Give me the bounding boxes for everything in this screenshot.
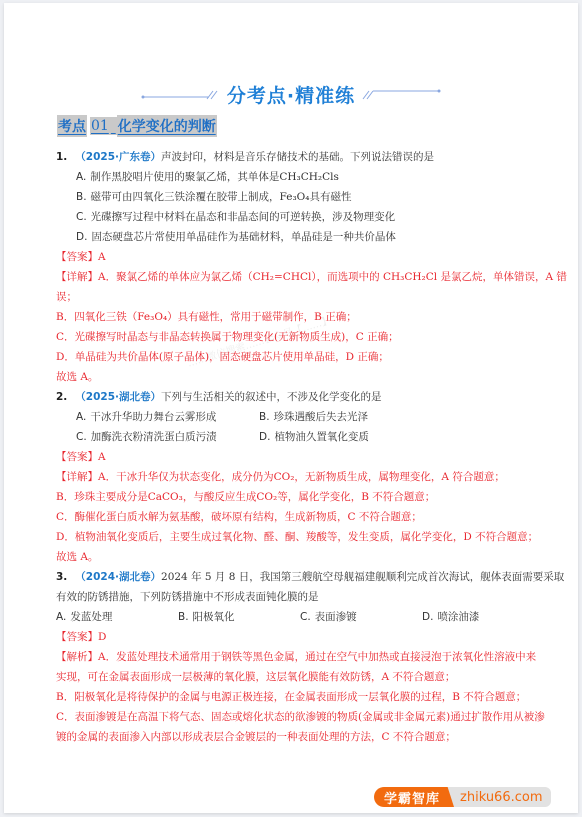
explanation-line: B．珍珠主要成分是CaCO₃，与酸反应生成CO₂等，属化学变化，B 不符合题意； <box>56 487 546 507</box>
explanation-line: 实现，可在金属表面形成一层极薄的氧化膜，这层氧化膜能有效防锈，A 不符合题意； <box>56 667 546 687</box>
explanation-line: C．酶催化蛋白质水解为氨基酸，破坏原有结构，生成新物质，C 不符合题意； <box>56 507 546 527</box>
section-label: 考点 <box>57 115 87 137</box>
page-title-banner: 分考点·精准练 <box>4 80 578 108</box>
explanation-line: 【解析】A．发蓝处理技术通常用于钢铁等黑色金属，通过在空气中加热或直接浸泡于浓氧… <box>56 647 546 667</box>
section-name: 化学变化的判断 <box>117 115 217 137</box>
question-text: 下列与生活相关的叙述中，不涉及化学变化的是 <box>161 391 382 403</box>
option-a: A.发蓝处理 <box>56 607 178 627</box>
section-heading: 考点 01 化学变化的判断 <box>57 115 217 137</box>
question-list: 1.（2025·广东卷）声波封印，材料是音乐存储技术的基础。下列说法错误的是 A… <box>56 147 546 747</box>
question-source: （2025·广东卷） <box>75 151 161 163</box>
explanation-line: C．光碟擦写时晶态与非晶态转换属于物理变化(无新物质生成)，C 正确； <box>56 327 546 347</box>
option-c: C.表面渗镀 <box>300 607 422 627</box>
explanation-line: 故选 A。 <box>56 367 546 387</box>
question-text-continued: 有效的防锈措施，下列防锈措施中不形成表面钝化膜的是 <box>56 587 546 607</box>
page-title: 分考点·精准练 <box>227 81 355 108</box>
explanation-line: B．四氧化三铁（Fe₃O₄）具有磁性，常用于磁带制作，B 正确； <box>56 307 546 327</box>
option-c: C.光碟擦写过程中材料在晶态和非晶态间的可逆转换，涉及物理变化 <box>56 207 546 227</box>
explanation-line: D．单晶硅为共价晶体(原子晶体)，固态硬盘芯片使用单晶硅，D 正确； <box>56 347 546 367</box>
option-d: D.喷涂油漆 <box>422 607 544 627</box>
question-number: 3. <box>56 571 67 583</box>
question-stem: 3.（2024·湖北卷）2024 年 5 月 8 日，我国第三艘航空母舰福建舰顺… <box>56 567 546 587</box>
question-number: 1. <box>56 151 67 163</box>
explanation-line: B．阳极氧化是将待保护的金属与电源正极连接，在金属表面形成一层氧化膜的过程，B … <box>56 687 546 707</box>
answer: 【答案】D <box>56 627 546 647</box>
question-text: 2024 年 5 月 8 日，我国第三艘航空母舰福建舰顺利完成首次海试，舰体表面… <box>161 571 564 583</box>
brand-logo: 学霸智库 zhiku66.com <box>374 787 551 807</box>
answer: 【答案】A <box>56 447 546 467</box>
option-row: A.发蓝处理 B.阳极氧化 C.表面渗镀 D.喷涂油漆 <box>56 607 546 627</box>
question-source: （2025·湖北卷） <box>75 391 161 403</box>
question-stem: 2.（2025·湖北卷）下列与生活相关的叙述中，不涉及化学变化的是 <box>56 387 546 407</box>
explanation-line: 【详解】A．聚氯乙烯的单体应为氯乙烯（CH₂=CHCl），而选项中的 CH₃CH… <box>56 267 546 287</box>
option-c: C.加酶洗衣粉清洗蛋白质污渍 <box>76 427 259 447</box>
option-b: B.阳极氧化 <box>178 607 300 627</box>
option-b: B.珍珠遇酸后失去光泽 <box>259 407 442 427</box>
option-row: A.干冰升华助力舞台云雾形成 B.珍珠遇酸后失去光泽 <box>56 407 546 427</box>
section-gap <box>110 117 117 135</box>
option-a: A.干冰升华助力舞台云雾形成 <box>76 407 259 427</box>
document-page: 分考点·精准练 考点 01 化学变化的判断 ……微信搜索……公众号【……】 1.… <box>4 3 578 813</box>
question-source: （2024·湖北卷） <box>75 571 161 583</box>
explanation-line: D．植物油氧化变质后，主要生成过氧化物、醛、酮、羧酸等，发生变质，属化学变化，D… <box>56 527 546 547</box>
option-d: D.固态硬盘芯片常使用单晶硅作为基础材料，单晶硅是一种共价晶体 <box>56 227 546 247</box>
explanation-line: 故选 A。 <box>56 547 546 567</box>
section-number: 01 <box>90 117 110 135</box>
explanation-line: 镀的金属的表面渗入内部以形成表层合金镀层的一种表面处理的方法，C 不符合题意； <box>56 727 546 747</box>
question-stem: 1.（2025·广东卷）声波封印，材料是音乐存储技术的基础。下列说法错误的是 <box>56 147 546 167</box>
explanation-line: 【详解】A．干冰升华仅为状态变化，成分仍为CO₂，无新物质生成，属物理变化，A … <box>56 467 546 487</box>
brand-name: 学霸智库 <box>374 787 454 807</box>
title-left-ornament-icon <box>141 87 221 101</box>
option-d: D.植物油久置氧化变质 <box>259 427 442 447</box>
option-b: B.磁带可由四氧化三铁涂覆在胶带上制成，Fe₃O₄具有磁性 <box>56 187 546 207</box>
explanation-line: 误； <box>56 287 546 307</box>
question-number: 2. <box>56 391 67 403</box>
answer: 【答案】A <box>56 247 546 267</box>
explanation-line: C．表面渗镀是在高温下将气态、固态或熔化状态的欲渗镀的物质(金属或非金属元素)通… <box>56 707 546 727</box>
title-right-ornament-icon <box>361 87 441 101</box>
question-text: 声波封印，材料是音乐存储技术的基础。下列说法错误的是 <box>161 151 434 163</box>
option-a: A.制作黑胶唱片使用的聚氯乙烯，其单体是CH₃CH₂Cls <box>56 167 546 187</box>
brand-domain: zhiku66.com <box>446 787 550 807</box>
option-row: C.加酶洗衣粉清洗蛋白质污渍 D.植物油久置氧化变质 <box>56 427 546 447</box>
